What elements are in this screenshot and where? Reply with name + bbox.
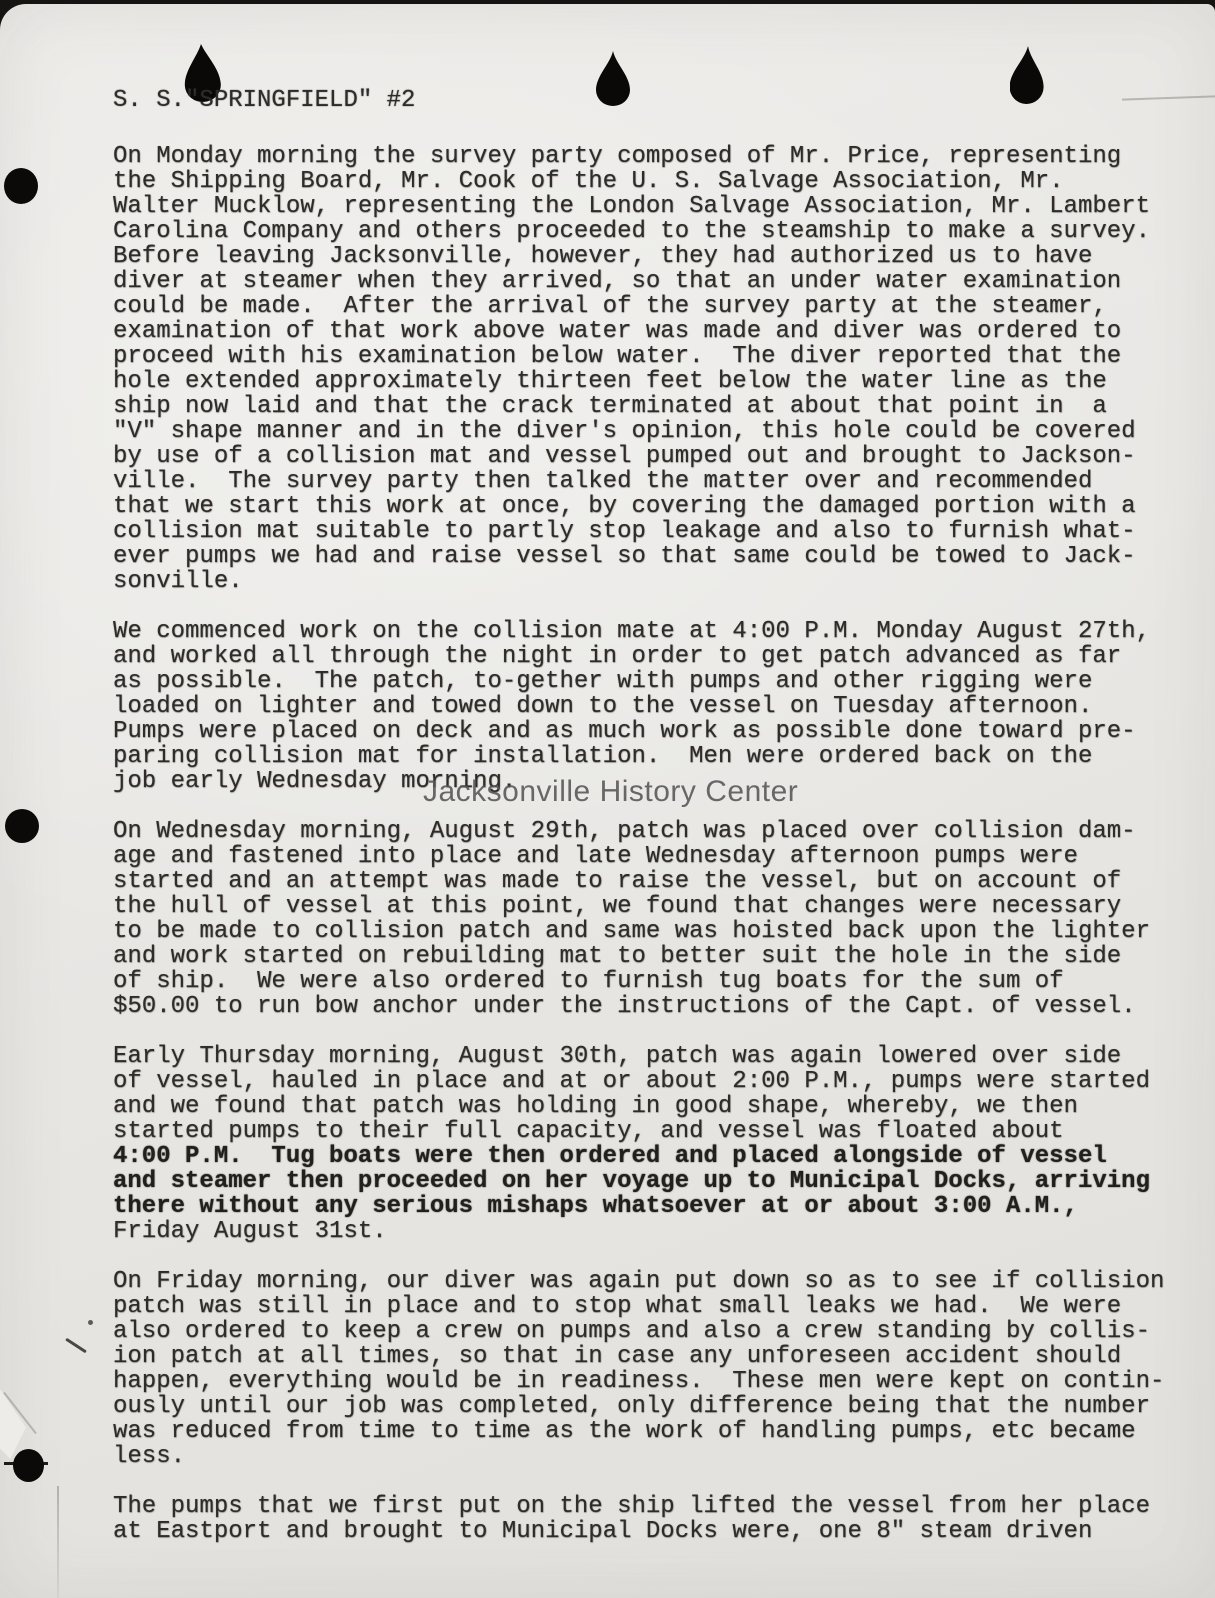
archive-watermark: Jacksonville History Center <box>423 774 798 810</box>
margin-punch-dot <box>13 1449 44 1482</box>
crease-line <box>57 1486 59 1598</box>
document-body: On Monday morning the survey party compo… <box>113 144 1164 1569</box>
text-line: paring collision mat for installation. M… <box>113 744 1164 769</box>
scanned-document-screenshot: { "colors": { "paper": "#e8e7e4", "ink":… <box>0 0 1215 1598</box>
text-line: On Friday morning, our diver was again p… <box>113 1269 1164 1294</box>
paragraph: We commenced work on the collision mate … <box>113 619 1164 794</box>
text-line: and worked all through the night in orde… <box>113 644 1164 669</box>
text-line: On Monday morning the survey party compo… <box>113 144 1164 169</box>
pencil-mark-dot <box>88 1320 93 1325</box>
text-line: of ship. We were also ordered to furnish… <box>113 969 1164 994</box>
text-line: "V" shape manner and in the diver's opin… <box>113 419 1164 444</box>
text-line: sonville. <box>113 569 1164 594</box>
text-line: at Eastport and brought to Municipal Doc… <box>113 1519 1164 1544</box>
text-line: Walter Mucklow, representing the London … <box>113 194 1164 219</box>
text-line: was reduced from time to time as the wor… <box>113 1419 1164 1444</box>
text-line: Friday August 31st. <box>113 1219 1164 1244</box>
text-line: to be made to collision patch and same w… <box>113 919 1164 944</box>
text-line: there without any serious mishaps whatso… <box>113 1194 1164 1219</box>
text-line: started and an attempt was made to raise… <box>113 869 1164 894</box>
binder-hole-center <box>596 51 630 111</box>
text-line: proceed with his examination below water… <box>113 344 1164 369</box>
teardrop-hole-shape <box>1010 46 1044 104</box>
text-line: ville. The survey party then talked the … <box>113 469 1164 494</box>
text-line: and we found that patch was holding in g… <box>113 1094 1164 1119</box>
binder-hole-right <box>1010 46 1044 109</box>
text-line: Early Thursday morning, August 30th, pat… <box>113 1044 1164 1069</box>
text-line: ously until our job was completed, only … <box>113 1394 1164 1419</box>
text-line: We commenced work on the collision mate … <box>113 619 1164 644</box>
text-line: $50.00 to run bow anchor under the instr… <box>113 994 1164 1019</box>
text-line: and work started on rebuilding mat to be… <box>113 944 1164 969</box>
text-line: and steamer then proceeded on her voyage… <box>113 1169 1164 1194</box>
paragraph: The pumps that we first put on the ship … <box>113 1494 1164 1544</box>
text-line: could be made. After the arrival of the … <box>113 294 1164 319</box>
torn-paper-flap <box>0 1389 26 1459</box>
text-line: examination of that work above water was… <box>113 319 1164 344</box>
text-line: as possible. The patch, to-gether with p… <box>113 669 1164 694</box>
text-line: loaded on lighter and towed down to the … <box>113 694 1164 719</box>
text-line: started pumps to their full capacity, an… <box>113 1119 1164 1144</box>
text-line: The pumps that we first put on the ship … <box>113 1494 1164 1519</box>
margin-punch-dot <box>4 168 38 204</box>
text-line: of vessel, hauled in place and at or abo… <box>113 1069 1164 1094</box>
margin-punch-dot <box>5 809 39 843</box>
text-line: the hull of vessel at this point, we fou… <box>113 894 1164 919</box>
text-line: by use of a collision mat and vessel pum… <box>113 444 1164 469</box>
text-line: On Wednesday morning, August 29th, patch… <box>113 819 1164 844</box>
text-line: that we start this work at once, by cove… <box>113 494 1164 519</box>
text-line: age and fastened into place and late Wed… <box>113 844 1164 869</box>
text-line: Before leaving Jacksonville, however, th… <box>113 244 1164 269</box>
text-line: Carolina Company and others proceeded to… <box>113 219 1164 244</box>
paragraph: On Friday morning, our diver was again p… <box>113 1269 1164 1469</box>
text-line: 4:00 P.M. Tug boats were then ordered an… <box>113 1144 1164 1169</box>
paragraph: On Monday morning the survey party compo… <box>113 144 1164 594</box>
teardrop-hole-shape <box>596 51 630 106</box>
text-line: ion patch at all times, so that in case … <box>113 1344 1164 1369</box>
text-line: collision mat suitable to partly stop le… <box>113 519 1164 544</box>
crease-line <box>1122 95 1215 100</box>
text-line: ever pumps we had and raise vessel so th… <box>113 544 1164 569</box>
text-line: less. <box>113 1444 1164 1469</box>
text-line: ship now laid and that the crack termina… <box>113 394 1164 419</box>
text-line: Pumps were placed on deck and as much wo… <box>113 719 1164 744</box>
text-line: patch was still in place and to stop wha… <box>113 1294 1164 1319</box>
paper-page: S. S."SPRINGFIELD" #2 On Monday morning … <box>0 4 1215 1598</box>
text-line: happen, everything would be in readiness… <box>113 1369 1164 1394</box>
paragraph: On Wednesday morning, August 29th, patch… <box>113 819 1164 1019</box>
text-line: diver at steamer when they arrived, so t… <box>113 269 1164 294</box>
paragraph: Early Thursday morning, August 30th, pat… <box>113 1044 1164 1244</box>
document-title: S. S."SPRINGFIELD" #2 <box>113 88 415 113</box>
text-line: also ordered to keep a crew on pumps and… <box>113 1319 1164 1344</box>
text-line: the Shipping Board, Mr. Cook of the U. S… <box>113 169 1164 194</box>
text-line: hole extended approximately thirteen fee… <box>113 369 1164 394</box>
pencil-mark-stroke <box>65 1338 87 1354</box>
